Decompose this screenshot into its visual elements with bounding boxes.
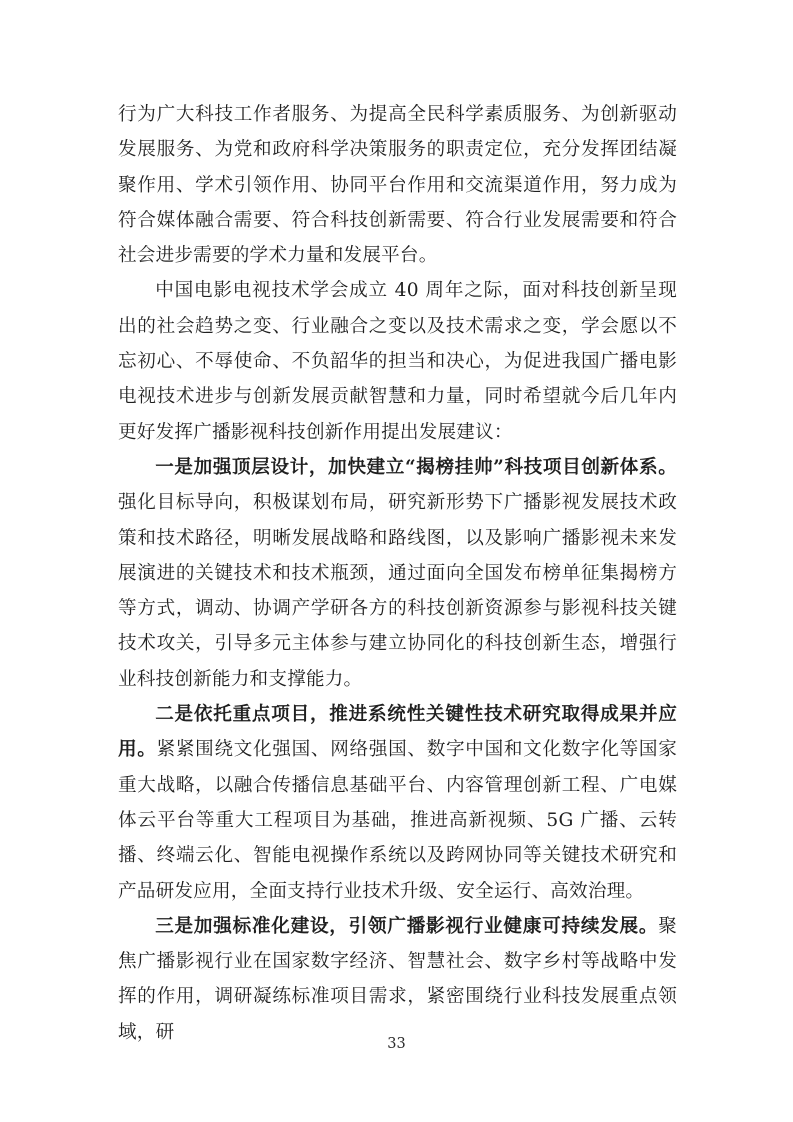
page-number: 33 (0, 1034, 793, 1054)
paragraph: 行为广大科技工作者服务、为提高全民科学素质服务、为创新驱动发展服务、为党和政府科… (118, 97, 677, 273)
paragraph: 二是依托重点项目，推进系统性关键性技术研究取得成果并应用。紧紧围绕文化强国、网络… (118, 697, 677, 909)
paragraph: 三是加强标准化建设，引领广播影视行业健康可持续发展。聚焦广播影视行业在国家数字经… (118, 909, 677, 1050)
document-body: 行为广大科技工作者服务、为提高全民科学素质服务、为创新驱动发展服务、为党和政府科… (118, 97, 677, 1050)
paragraph-lead-bold: 三是加强标准化建设，引领广播影视行业健康可持续发展。 (155, 916, 658, 937)
paragraph: 中国电影电视技术学会成立 40 周年之际，面对科技创新呈现出的社会趋势之变、行业… (118, 273, 677, 449)
paragraph-text: 紧紧围绕文化强国、网络强国、数字中国和文化数字化等国家重大战略，以融合传播信息基… (118, 739, 677, 901)
paragraph-text: 中国电影电视技术学会成立 40 周年之际，面对科技创新呈现出的社会趋势之变、行业… (118, 280, 677, 442)
paragraph-text: 行为广大科技工作者服务、为提高全民科学素质服务、为创新驱动发展服务、为党和政府科… (118, 104, 677, 266)
paragraph: 一是加强顶层设计，加快建立“揭榜挂帅”科技项目创新体系。强化目标导向，积极谋划布… (118, 450, 677, 697)
paragraph-lead-bold: 一是加强顶层设计，加快建立“揭榜挂帅”科技项目创新体系。 (155, 457, 677, 478)
paragraph-text: 强化目标导向，积极谋划布局，研究新形势下广播影视发展技术政策和技术路径，明晰发展… (118, 492, 677, 689)
document-page: 行为广大科技工作者服务、为提高全民科学素质服务、为创新驱动发展服务、为党和政府科… (0, 0, 793, 1122)
